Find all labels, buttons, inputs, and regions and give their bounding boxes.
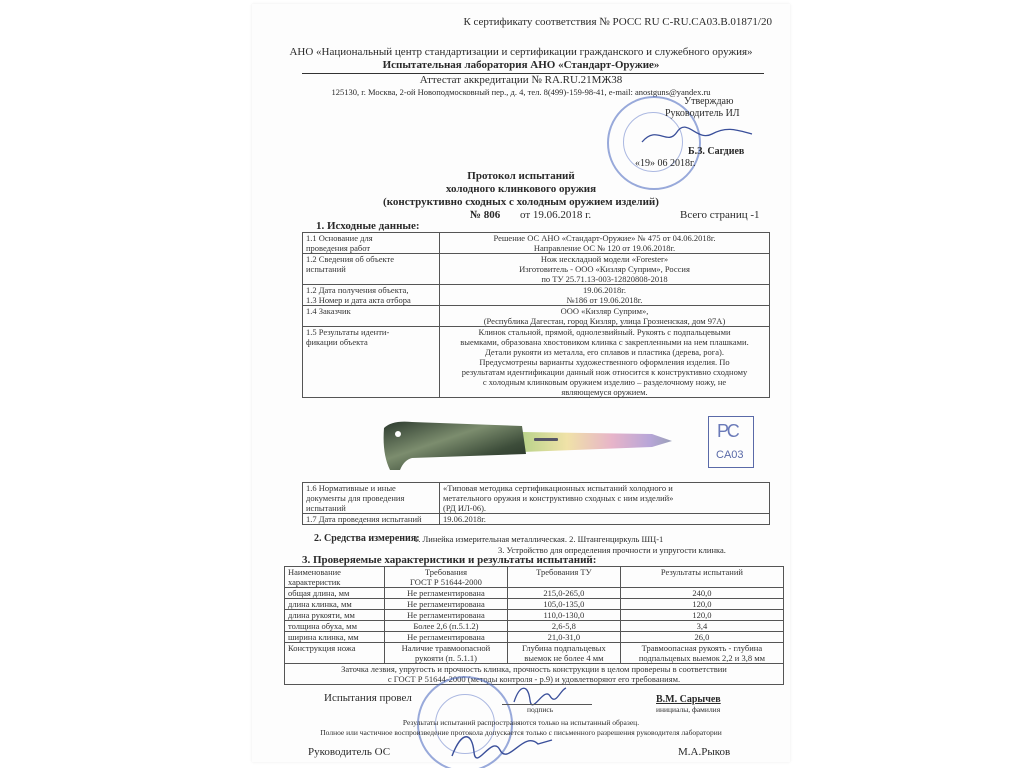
row-label: 1.2 Сведения об объекте испытаний [303, 254, 440, 285]
column-header: Требования ГОСТ Р 51644-2000 [384, 567, 507, 588]
characteristic-value: Не регламентирована [384, 632, 507, 643]
characteristic-name: общая длина, мм [285, 588, 385, 599]
column-header: Наименование характеристик [285, 567, 385, 588]
head-name: М.А.Рыков [678, 746, 730, 758]
table-row: длина клинка, ммНе регламентирована105,0… [285, 599, 784, 610]
protocol-number: № 806 [470, 209, 500, 221]
characteristic-value: Травмоопасная рукоять - глубина подпальц… [620, 643, 783, 664]
section2-heading: 2. Средства измерения: [314, 533, 420, 544]
characteristic-value: Не регламентирована [384, 599, 507, 610]
section3-heading: 3. Проверяемые характеристики и результа… [302, 554, 596, 566]
row-value: Нож нескладной модели «Forester» Изготов… [440, 254, 770, 285]
approver-name: Б.З. Сагдиев [688, 146, 744, 157]
tester-name: В.М. Сарычев [656, 694, 721, 705]
characteristic-value: Не регламентирована [384, 588, 507, 599]
table-row: 1.5 Результаты иденти- фикации объектаКл… [303, 327, 770, 398]
column-header: Результаты испытаний [620, 567, 783, 588]
characteristic-name: длина клинка, мм [285, 599, 385, 610]
head-signature [448, 726, 558, 762]
organization-name: АНО «Национальный центр стандартизации и… [252, 46, 790, 58]
approver-role: Руководитель ИЛ [665, 108, 740, 119]
table-row: 1.1 Основание для проведения работРешени… [303, 233, 770, 254]
row-value: «Типовая методика сертификационных испыт… [440, 483, 770, 514]
column-header: Требования ТУ [507, 567, 620, 588]
measurement-tools-1: 1. Линейка измерительная металлическая. … [414, 534, 663, 544]
characteristic-value: 21,0-31,0 [507, 632, 620, 643]
characteristic-value: 105,0-135,0 [507, 599, 620, 610]
table-row: 1.7 Дата проведения испытаний19.06.2018г… [303, 514, 770, 525]
row-label: 1.7 Дата проведения испытаний [303, 514, 440, 525]
characteristic-value: Более 2,6 (п.5.1.2) [384, 621, 507, 632]
tested-by-label: Испытания провел [324, 692, 412, 704]
knife-image [372, 414, 702, 474]
section1-heading: 1. Исходные данные: [316, 220, 420, 232]
lab-name: Испытательная лаборатория АНО «Стандарт-… [252, 59, 790, 71]
row-label: 1.4 Заказчик [303, 306, 440, 327]
table-row: 1.6 Нормативные и иные документы для про… [303, 483, 770, 514]
row-value: Решение ОС АНО «Стандарт-Оружие» № 475 о… [440, 233, 770, 254]
protocol-subtitle-2: (конструктивно сходных с холодным оружие… [252, 196, 790, 208]
table-row: длина рукояти, ммНе регламентирована110,… [285, 610, 784, 621]
results-header-row: Наименование характеристикТребования ГОС… [285, 567, 784, 588]
rst-mark: РС CA03 [708, 416, 754, 468]
row-value: 19.06.2018г. [440, 514, 770, 525]
table-row: общая длина, ммНе регламентирована215,0-… [285, 588, 784, 599]
characteristic-name: ширина клинка, мм [285, 632, 385, 643]
pages-count: Всего страниц -1 [680, 209, 760, 221]
row-label: 1.6 Нормативные и иные документы для про… [303, 483, 440, 514]
protocol-title: Протокол испытаний [252, 170, 790, 182]
characteristic-value: 120,0 [620, 599, 783, 610]
head-role: Руководитель ОС [308, 746, 390, 758]
approve-label: Утверждаю [684, 96, 733, 107]
row-value: Клинок стальной, прямой, однолезвийный. … [440, 327, 770, 398]
certificate-reference: К сертификату соответствия № РОСС RU C-R… [463, 16, 772, 28]
protocol-date: от 19.06.2018 г. [520, 209, 591, 221]
initial-data-table: 1.1 Основание для проведения работРешени… [302, 232, 770, 398]
row-value: 19.06.2018г. №186 от 19.06.2018г. [440, 285, 770, 306]
row-label: 1.1 Основание для проведения работ [303, 233, 440, 254]
signature-caption: подпись [527, 705, 553, 714]
characteristic-name: длина рукояти, мм [285, 610, 385, 621]
row-value: ООО «Кизляр Суприм», (Республика Дагеста… [440, 306, 770, 327]
characteristic-value: Глубина подпальцевых выемок не более 4 м… [507, 643, 620, 664]
characteristic-value: Наличие травмоопасной рукояти (п. 5.1.1) [384, 643, 507, 664]
name-caption: инициалы, фамилия [656, 705, 720, 714]
results-table: Наименование характеристикТребования ГОС… [284, 566, 784, 685]
normative-docs-table: 1.6 Нормативные и иные документы для про… [302, 482, 770, 525]
table-row: 1.2 Сведения об объекте испытанийНож нес… [303, 254, 770, 285]
table-row: ширина клинка, ммНе регламентирована21,0… [285, 632, 784, 643]
accreditation: Аттестат аккредитации № RA.RU.21МЖ38 [252, 74, 790, 86]
table-row: 1.2 Дата получения объекта, 1.3 Номер и … [303, 285, 770, 306]
table-row: 1.4 ЗаказчикООО «Кизляр Суприм», (Респуб… [303, 306, 770, 327]
characteristic-value: 110,0-130,0 [507, 610, 620, 621]
characteristic-value: 26,0 [620, 632, 783, 643]
table-row: Конструкция ножаНаличие травмоопасной ру… [285, 643, 784, 664]
protocol-subtitle: холодного клинкового оружия [252, 183, 790, 195]
characteristic-name: толщина обуха, мм [285, 621, 385, 632]
characteristic-value: 3,4 [620, 621, 783, 632]
row-label: 1.5 Результаты иденти- фикации объекта [303, 327, 440, 398]
characteristic-value: 240,0 [620, 588, 783, 599]
characteristic-value: 215,0-265,0 [507, 588, 620, 599]
characteristic-value: 2,6-5,8 [507, 621, 620, 632]
row-label: 1.2 Дата получения объекта, 1.3 Номер и … [303, 285, 440, 306]
table-row: толщина обуха, ммБолее 2,6 (п.5.1.2)2,6-… [285, 621, 784, 632]
characteristic-value: 120,0 [620, 610, 783, 621]
certificate-page: К сертификату соответствия № РОСС RU C-R… [252, 4, 790, 762]
approval-date: «19» 06 2018г. [635, 158, 695, 169]
characteristic-name: Конструкция ножа [285, 643, 385, 664]
characteristic-value: Не регламентирована [384, 610, 507, 621]
